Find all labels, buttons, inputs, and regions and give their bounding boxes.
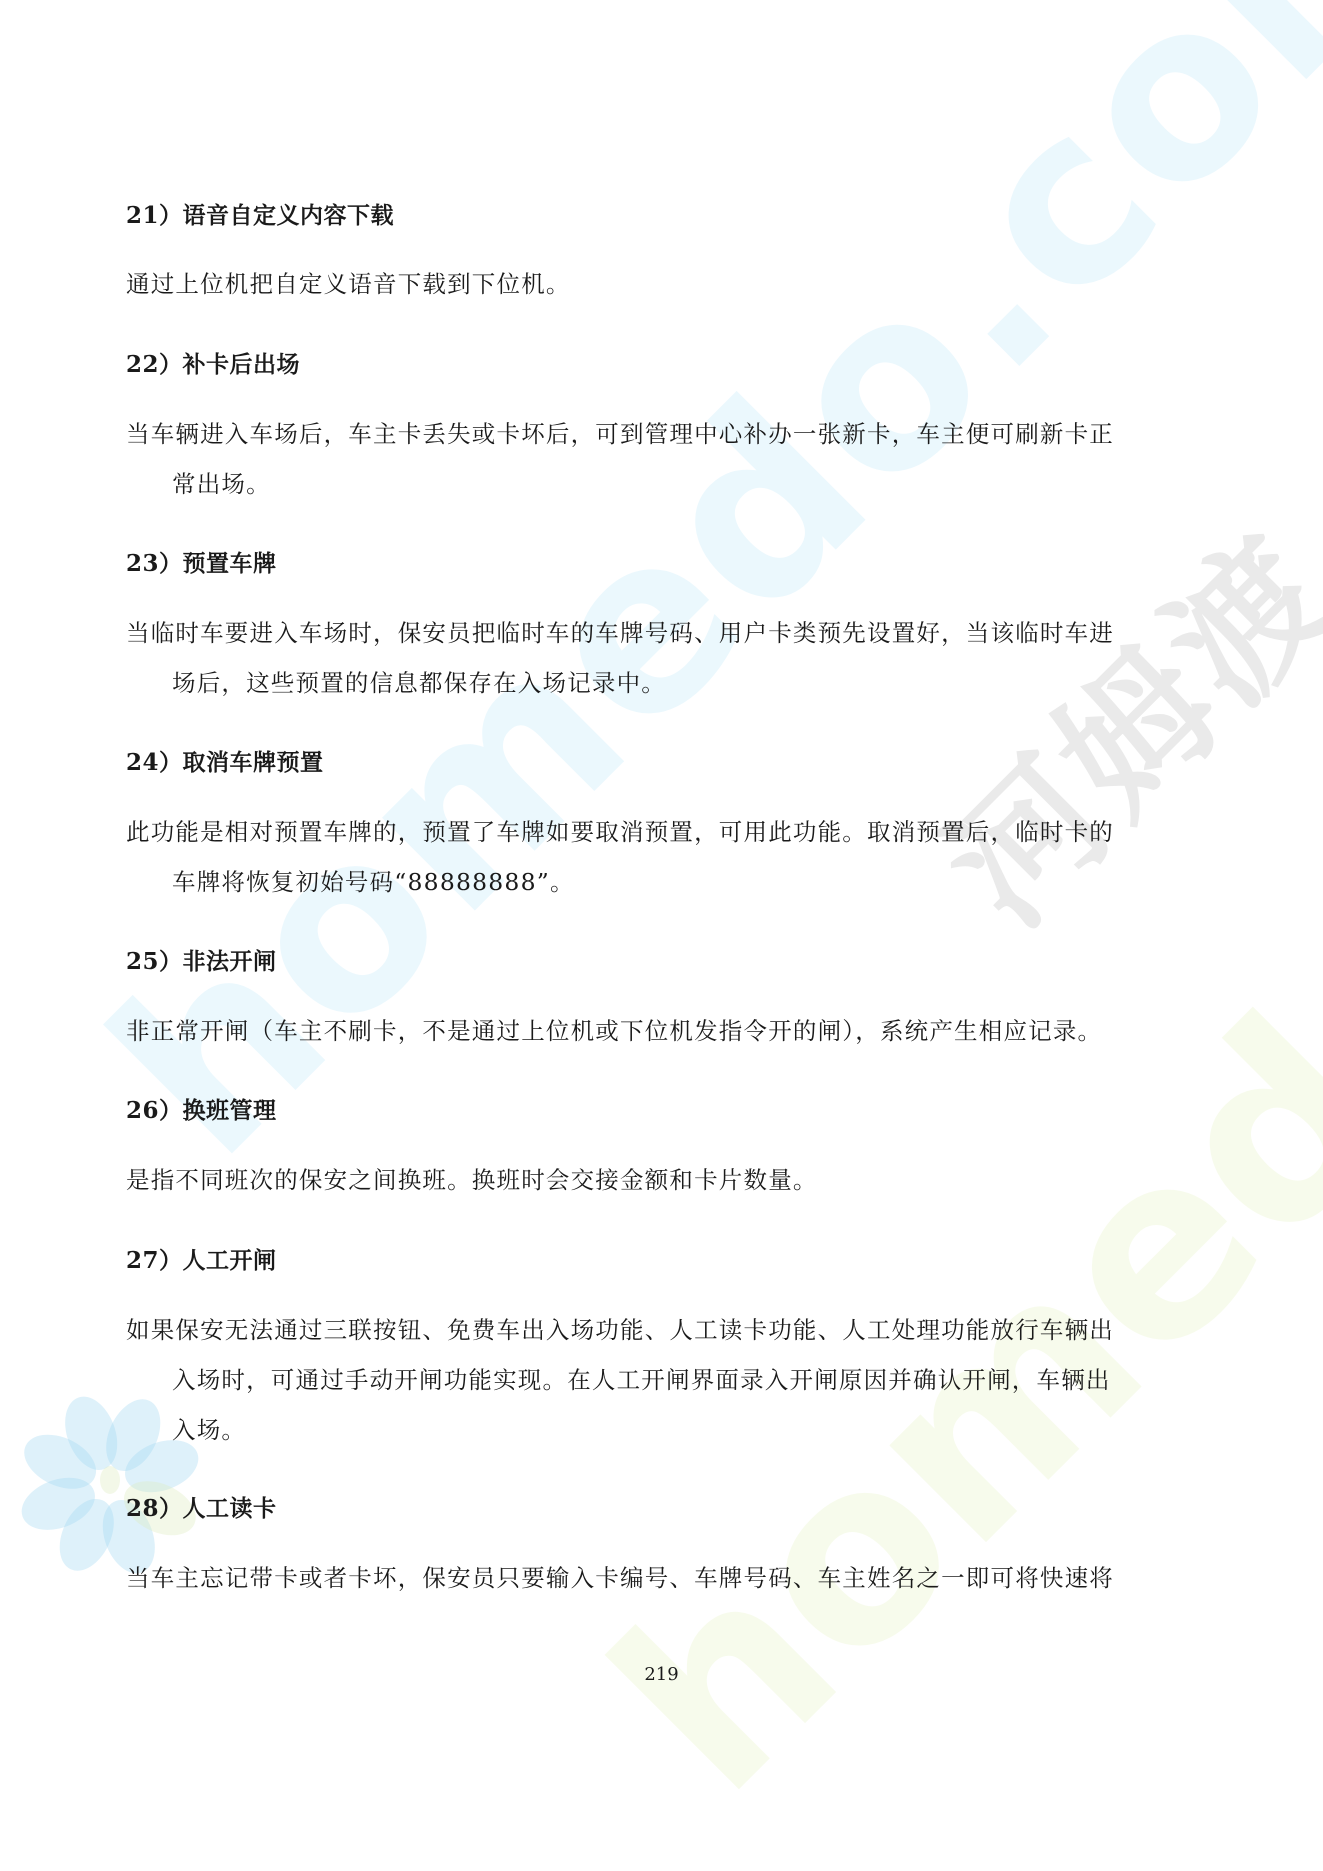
section-body-21: 通过上位机把自定义语音下载到下位机。 [126,259,1196,309]
body-line: 当临时车要进入车场时，保安员把临时车的车牌号码、用户卡类预先设置好，当该临时车进 [126,608,1196,658]
section-body-28: 当车主忘记带卡或者卡坏，保安员只要输入卡编号、车牌号码、车主姓名之一即可将快速将 [126,1553,1196,1603]
section-heading-27: 27）人工开闸 [126,1242,277,1275]
section-heading-24: 24）取消车牌预置 [126,744,324,777]
section-heading-26: 26）换班管理 [126,1092,277,1125]
section-body-27: 如果保安无法通过三联按钮、免费车出入场功能、人工读卡功能、人工处理功能放行车辆出… [126,1305,1196,1455]
section-body-23: 当临时车要进入车场时，保安员把临时车的车牌号码、用户卡类预先设置好，当该临时车进… [126,608,1196,708]
body-line: 通过上位机把自定义语音下载到下位机。 [126,259,1196,309]
body-line: 场后，这些预置的信息都保存在入场记录中。 [126,658,1196,708]
body-line: 此功能是相对预置车牌的，预置了车牌如要取消预置，可用此功能。取消预置后，临时卡的 [126,807,1196,857]
body-line: 入场。 [126,1405,1196,1455]
section-heading-22: 22）补卡后出场 [126,346,300,379]
section-heading-28: 28）人工读卡 [126,1490,277,1523]
section-body-26: 是指不同班次的保安之间换班。换班时会交接金额和卡片数量。 [126,1155,1196,1205]
body-line: 车牌将恢复初始号码“88888888”。 [126,857,1196,907]
section-heading-21: 21）语音自定义内容下载 [126,197,394,230]
body-line: 是指不同班次的保安之间换班。换班时会交接金额和卡片数量。 [126,1155,1196,1205]
body-line: 非正常开闸（车主不刷卡，不是通过上位机或下位机发指令开的闸），系统产生相应记录。 [126,1006,1196,1056]
section-heading-23: 23）预置车牌 [126,545,277,578]
body-line: 如果保安无法通过三联按钮、免费车出入场功能、人工读卡功能、人工处理功能放行车辆出 [126,1305,1196,1355]
page-number: 219 [0,1664,1323,1685]
body-line: 当车辆进入车场后，车主卡丢失或卡坏后，可到管理中心补办一张新卡，车主便可刷新卡正 [126,409,1196,459]
section-body-25: 非正常开闸（车主不刷卡，不是通过上位机或下位机发指令开的闸），系统产生相应记录。 [126,1006,1196,1056]
section-body-24: 此功能是相对预置车牌的，预置了车牌如要取消预置，可用此功能。取消预置后，临时卡的… [126,807,1196,907]
body-line: 当车主忘记带卡或者卡坏，保安员只要输入卡编号、车牌号码、车主姓名之一即可将快速将 [126,1553,1196,1603]
section-body-22: 当车辆进入车场后，车主卡丢失或卡坏后，可到管理中心补办一张新卡，车主便可刷新卡正… [126,409,1196,509]
body-line: 入场时，可通过手动开闸功能实现。在人工开闸界面录入开闸原因并确认开闸，车辆出 [126,1355,1196,1405]
section-heading-25: 25）非法开闸 [126,943,277,976]
body-line: 常出场。 [126,459,1196,509]
watermark-homedo-green: homedo.com [560,363,1323,1846]
